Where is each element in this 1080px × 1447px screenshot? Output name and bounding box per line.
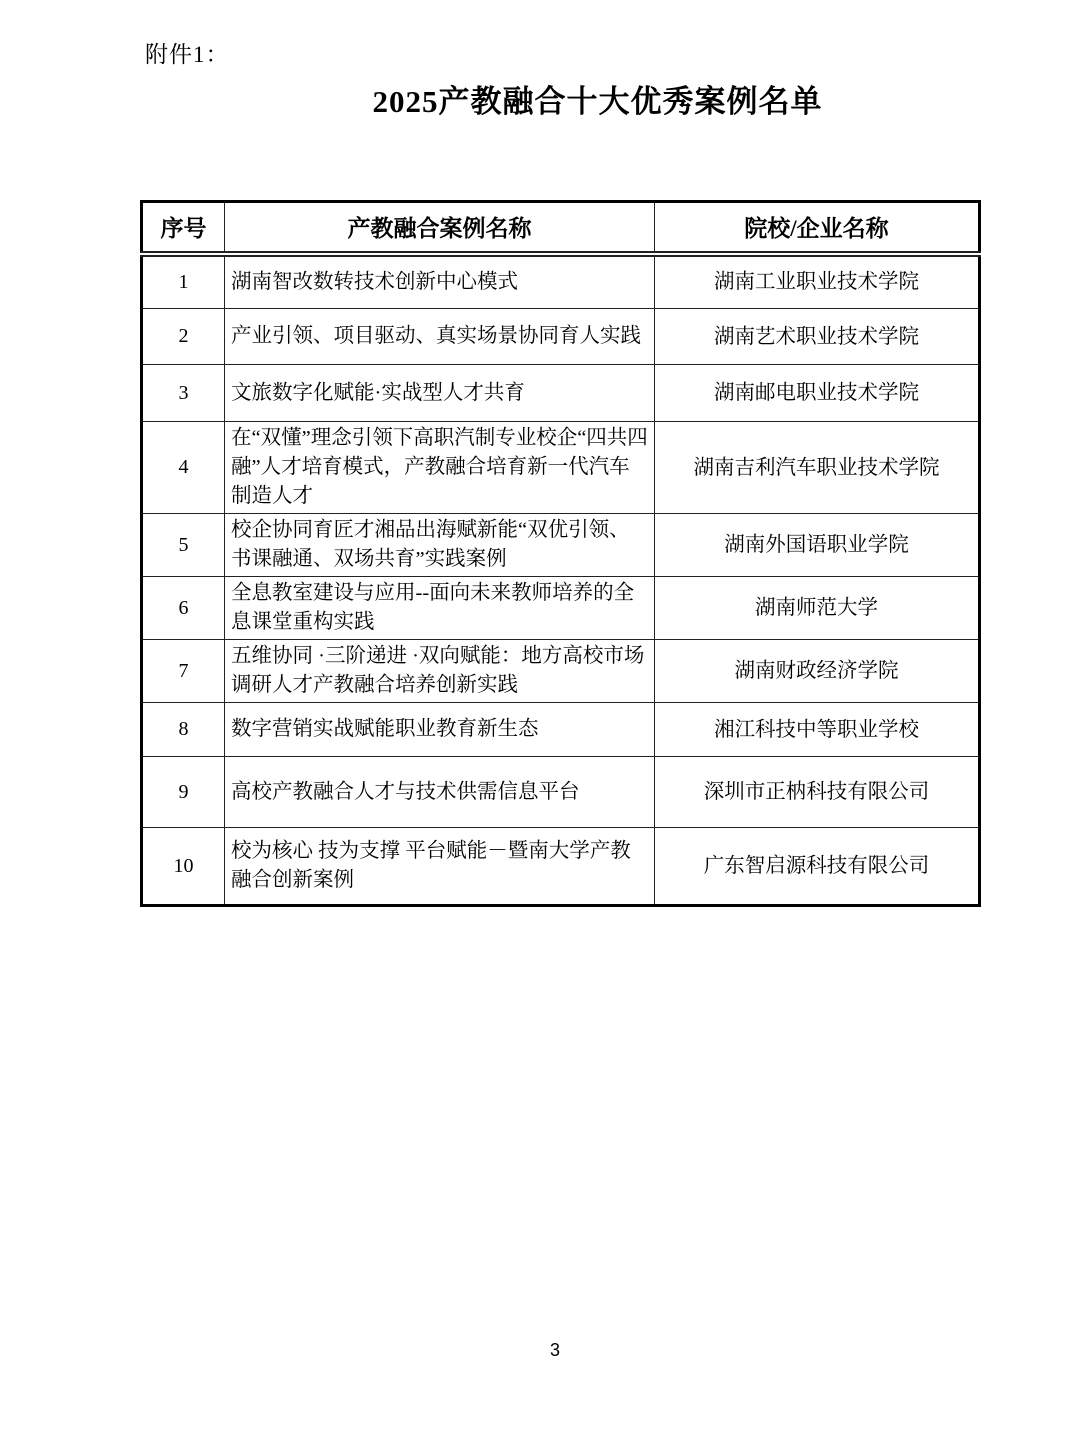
org-name-cell: 湖南艺术职业技术学院 bbox=[655, 309, 980, 365]
table-header-row: 序号 产教融合案例名称 院校/企业名称 bbox=[142, 202, 980, 254]
row-number-cell: 6 bbox=[142, 577, 225, 640]
table-row: 3 文旅数字化赋能·实战型人才共育 湖南邮电职业技术学院 bbox=[142, 365, 980, 422]
org-name-cell: 湖南财政经济学院 bbox=[655, 640, 980, 703]
row-number-cell: 2 bbox=[142, 309, 225, 365]
case-name-cell: 在“双懂”理念引领下高职汽制专业校企“四共四融”人才培育模式，产教融合培育新一代… bbox=[225, 422, 655, 514]
org-name-cell: 湖南邮电职业技术学院 bbox=[655, 365, 980, 422]
case-table: 序号 产教融合案例名称 院校/企业名称 1 湖南智改数转技术创新中心模式 湖南工… bbox=[140, 200, 981, 907]
document-page: 附件1： 2025产教融合十大优秀案例名单 序号 产教融合案例名称 院校/企业名… bbox=[0, 0, 1080, 1447]
attachment-label: 附件1： bbox=[145, 36, 230, 69]
page-number: 3 bbox=[15, 1340, 1080, 1361]
row-number-cell: 7 bbox=[142, 640, 225, 703]
row-number-cell: 8 bbox=[142, 703, 225, 757]
case-name-cell: 五维协同 ·三阶递进 ·双向赋能：地方高校市场调研人才产教融合培养创新实践 bbox=[225, 640, 655, 703]
case-name-cell: 文旅数字化赋能·实战型人才共育 bbox=[225, 365, 655, 422]
row-number-cell: 9 bbox=[142, 757, 225, 828]
org-name-cell: 湖南工业职业技术学院 bbox=[655, 254, 980, 309]
header-cell-org: 院校/企业名称 bbox=[655, 202, 980, 254]
org-name-cell: 湖南外国语职业学院 bbox=[655, 514, 980, 577]
header-cell-no: 序号 bbox=[142, 202, 225, 254]
case-name-cell: 校企协同育匠才湘品出海赋新能“双优引领、书课融通、双场共育”实践案例 bbox=[225, 514, 655, 577]
case-name-cell: 产业引领、项目驱动、真实场景协同育人实践 bbox=[225, 309, 655, 365]
table-row: 4 在“双懂”理念引领下高职汽制专业校企“四共四融”人才培育模式，产教融合培育新… bbox=[142, 422, 980, 514]
table-row: 7 五维协同 ·三阶递进 ·双向赋能：地方高校市场调研人才产教融合培养创新实践 … bbox=[142, 640, 980, 703]
table-row: 5 校企协同育匠才湘品出海赋新能“双优引领、书课融通、双场共育”实践案例 湖南外… bbox=[142, 514, 980, 577]
org-name-cell: 湖南吉利汽车职业技术学院 bbox=[655, 422, 980, 514]
row-number-cell: 10 bbox=[142, 828, 225, 906]
org-name-cell: 广东智启源科技有限公司 bbox=[655, 828, 980, 906]
table-row: 8 数字营销实战赋能职业教育新生态 湘江科技中等职业学校 bbox=[142, 703, 980, 757]
row-number-cell: 3 bbox=[142, 365, 225, 422]
org-name-cell: 深圳市正枘科技有限公司 bbox=[655, 757, 980, 828]
row-number-cell: 4 bbox=[142, 422, 225, 514]
case-name-cell: 高校产教融合人才与技术供需信息平台 bbox=[225, 757, 655, 828]
table-row: 10 校为核心 技为支撑 平台赋能－暨南大学产教融合创新案例 广东智启源科技有限… bbox=[142, 828, 980, 906]
case-name-cell: 校为核心 技为支撑 平台赋能－暨南大学产教融合创新案例 bbox=[225, 828, 655, 906]
org-name-cell: 湖南师范大学 bbox=[655, 577, 980, 640]
row-number-cell: 5 bbox=[142, 514, 225, 577]
table-row: 9 高校产教融合人才与技术供需信息平台 深圳市正枘科技有限公司 bbox=[142, 757, 980, 828]
case-name-cell: 湖南智改数转技术创新中心模式 bbox=[225, 254, 655, 309]
case-name-cell: 数字营销实战赋能职业教育新生态 bbox=[225, 703, 655, 757]
row-number-cell: 1 bbox=[142, 254, 225, 309]
header-cell-case: 产教融合案例名称 bbox=[225, 202, 655, 254]
org-name-cell: 湘江科技中等职业学校 bbox=[655, 703, 980, 757]
page-title: 2025产教融合十大优秀案例名单 bbox=[140, 76, 1055, 121]
table-row: 1 湖南智改数转技术创新中心模式 湖南工业职业技术学院 bbox=[142, 254, 980, 309]
table-row: 2 产业引领、项目驱动、真实场景协同育人实践 湖南艺术职业技术学院 bbox=[142, 309, 980, 365]
case-name-cell: 全息教室建设与应用--面向未来教师培养的全息课堂重构实践 bbox=[225, 577, 655, 640]
table-row: 6 全息教室建设与应用--面向未来教师培养的全息课堂重构实践 湖南师范大学 bbox=[142, 577, 980, 640]
